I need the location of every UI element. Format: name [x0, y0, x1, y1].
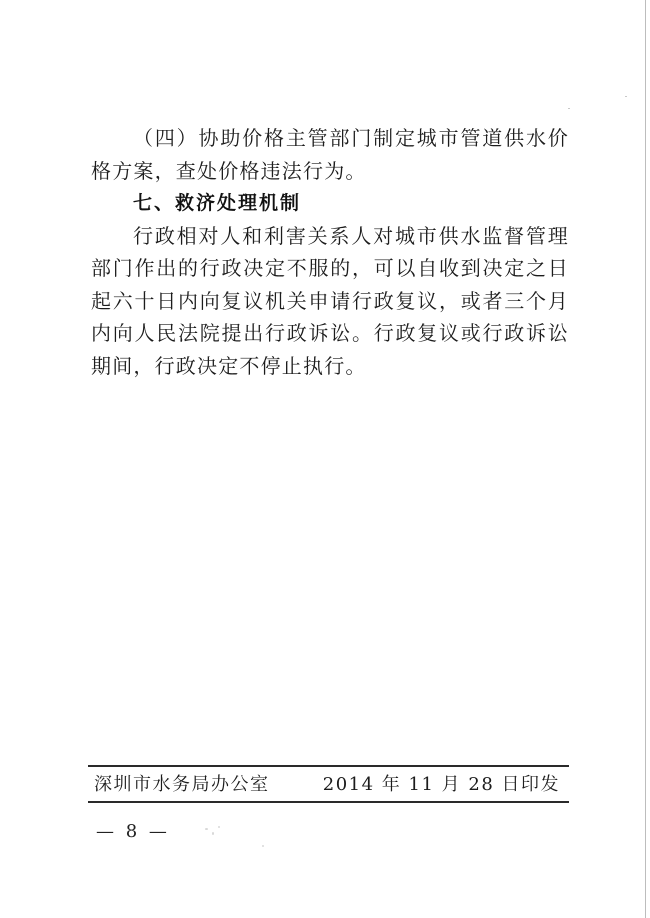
scan-speckle: [262, 845, 264, 847]
imprint-bottom-rule: [88, 801, 569, 803]
section-heading-remedy: 七、救济处理机制: [91, 187, 569, 220]
page-number: — 8 —: [96, 819, 170, 845]
imprint-date: 2014 年 11 月 28 日印发: [323, 772, 560, 798]
imprint-block: 深圳市水务局办公室 2014 年 11 月 28 日印发: [94, 772, 560, 798]
imprint-top-rule: [88, 765, 569, 767]
scan-speckle: [212, 832, 214, 835]
document-body: （四）协助价格主管部门制定城市管道供水价格方案，查处价格违法行为。 七、救济处理…: [91, 122, 569, 382]
scan-speckle: [218, 826, 220, 828]
imprint-issuer: 深圳市水务局办公室: [94, 772, 270, 798]
scan-speckle: [625, 96, 627, 97]
scan-speckle: [205, 828, 208, 830]
paragraph-price-assistance: （四）协助价格主管部门制定城市管道供水价格方案，查处价格违法行为。: [91, 122, 569, 187]
scan-border-line: [645, 0, 646, 918]
scan-speckle: [568, 108, 570, 109]
paragraph-remedy-mechanism: 行政相对人和利害关系人对城市供水监督管理部门作出的行政决定不服的，可以自收到决定…: [91, 220, 569, 383]
